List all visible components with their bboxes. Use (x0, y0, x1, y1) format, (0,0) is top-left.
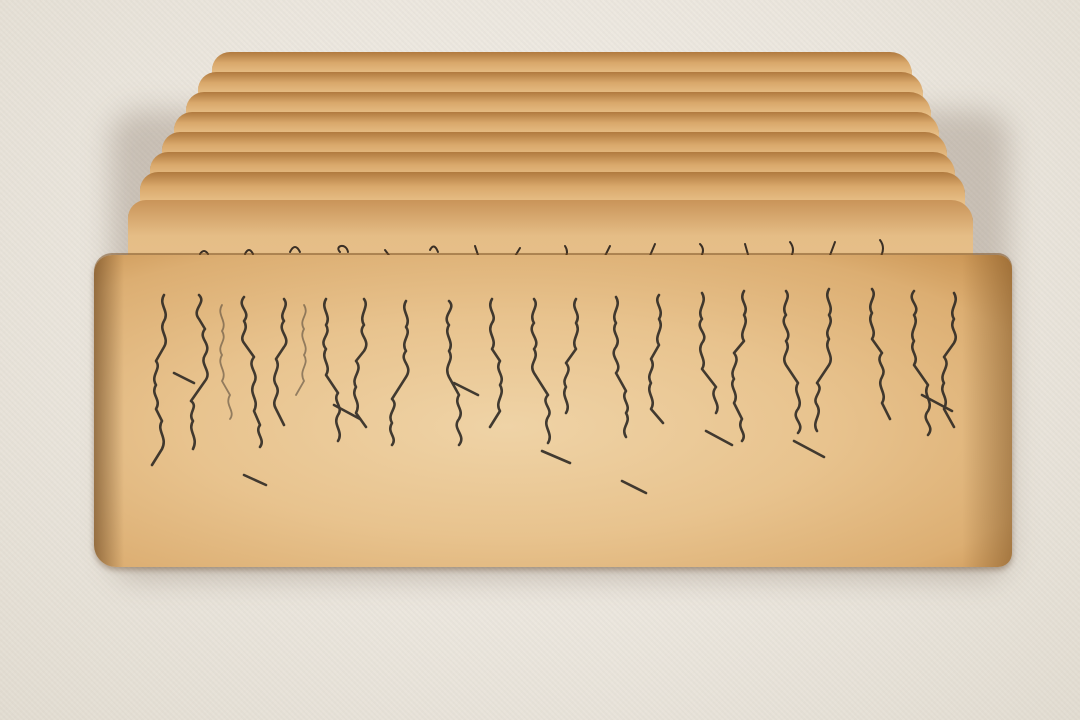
manuscript-stack (0, 0, 1080, 720)
vertical-script-columns (94, 255, 1012, 567)
front-leaf (94, 255, 1012, 567)
